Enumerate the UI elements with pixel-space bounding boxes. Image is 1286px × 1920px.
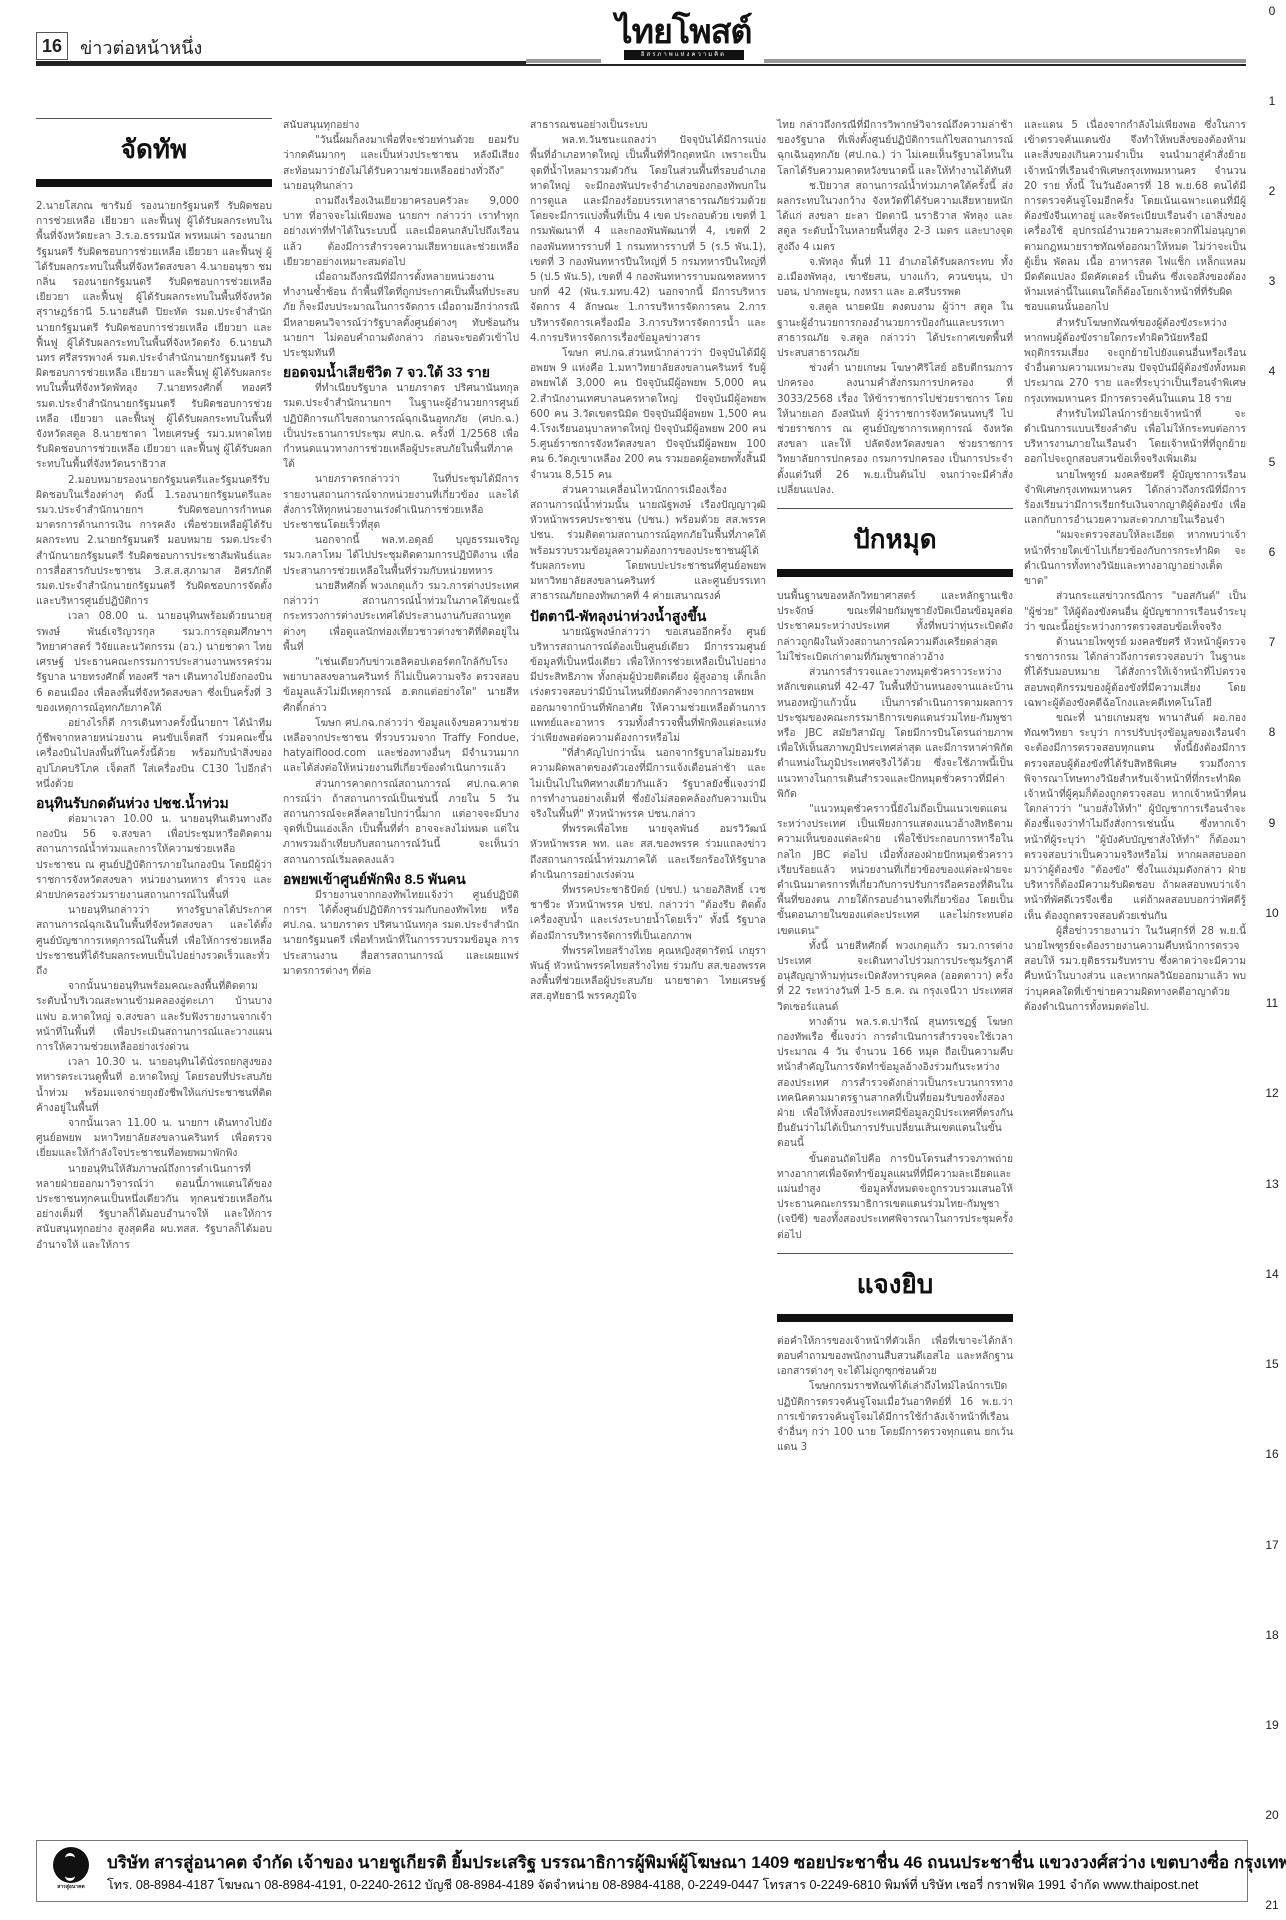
article-paragraph: เวลา 08.00 น. นายอนุทินพร้อมด้วยนายสุรพง… (36, 609, 272, 715)
article-paragraph: ที่พรรคไทยสร้างไทย คุณหญิงสุดารัตน์ เกยุ… (530, 944, 766, 1005)
ruler-mark: 15 (1258, 1357, 1286, 1371)
imprint-owner-address: บริษัท สารสู่อนาคต จำกัด เจ้าของ นายชูเก… (107, 1849, 1286, 1876)
masthead: 16 ข่าวต่อหน้าหนึ่ง ไทยโพสต์ อิสรภาพแห่ง… (36, 28, 1246, 68)
newspaper-logo: ไทยโพสต์ อิสรภาพแห่งความคิด (601, 14, 766, 62)
ruler-mark: 19 (1258, 1718, 1286, 1732)
ruler-mark: 7 (1258, 635, 1286, 649)
ruler-mark: 20 (1258, 1808, 1286, 1822)
article-paragraph: ทั้งนี้ นายสีหศักดิ์ พวงเกตุแก้ว รมว.การ… (777, 939, 1013, 1015)
ruler-mark: 5 (1258, 455, 1286, 469)
article-paragraph: นายอนุทินให้สัมภาษณ์ถึงการดำเนินการที่หล… (36, 1162, 272, 1253)
kicker-pakmud: ปักหมุด (777, 523, 1013, 555)
subheading: อพยพเข้าศูนย์พักพิง 8.5 พันคน (283, 870, 519, 888)
column-5: และแดน 5 เนื่องจากกำลังไม่เพียงพอ ซึ่งใน… (1024, 118, 1246, 1015)
article-paragraph: นายภราดรกล่าวว่า ในที่ประชุมได้มีการรายง… (283, 472, 519, 533)
imprint-contacts: โทร. 08-8984-4187 โฆษณา 08-8984-4191, 0-… (107, 1875, 1198, 1895)
ruler-mark: 13 (1258, 1177, 1286, 1191)
section-title: ข่าวต่อหน้าหนึ่ง (80, 33, 202, 62)
imprint-box: สารสู่อนาคต บริษัท สารสู่อนาคต จำกัด เจ้… (36, 1840, 1248, 1902)
article-paragraph: ไทย กล่าวถึงกรณีที่มีการวิพากษ์วิจารณ์ถึ… (777, 118, 1013, 179)
article-paragraph: จ.พัทลุง พื้นที่ 11 อำเภอได้รับผลกระทบ ท… (777, 255, 1013, 301)
article-paragraph: นอกจากนี้ พล.ท.อดุลย์ บุญธรรมเจริญ รมว.ก… (283, 533, 519, 579)
column-4: ไทย กล่าวถึงกรณีที่มีการวิพากษ์วิจารณ์ถึ… (777, 118, 1013, 1455)
logo-tagline: อิสรภาพแห่งความคิด (624, 50, 744, 60)
article-paragraph: "ผมจะตรวจสอบให้ละเอียด หากพบว่าเจ้าหน้าท… (1024, 528, 1246, 589)
article-paragraph: นายอนุทินกล่าวว่า ทางรัฐบาลได้ประกาศสถาน… (36, 903, 272, 979)
subheading: ปัตตานี-พัทลุงน่าห่วงน้ำสูงขึ้น (530, 607, 766, 625)
ruler-mark: 21 (1258, 1898, 1286, 1912)
article-paragraph: "เช่นเดียวกับข่าวเฮลิคอปเตอร์ตกใกล้กับโร… (283, 655, 519, 716)
article-paragraph: สำหรับไทม์ไลน์การย้ายเจ้าหน้าที่ จะดำเนิ… (1024, 407, 1246, 468)
kicker-box: จัดทัพ (36, 118, 272, 187)
article-paragraph: "วันนี้ผมก็ลงมาเพื่อที่จะช่วยท่านด้วย ยอ… (283, 133, 519, 194)
article-paragraph: สาธารณชนอย่างเป็นระบบ (530, 118, 766, 133)
newspaper-page: 16 ข่าวต่อหน้าหนึ่ง ไทยโพสต์ อิสรภาพแห่ง… (0, 0, 1286, 1920)
article-paragraph: เมื่อถามถึงกรณีที่มีการตั้งหลายหน่วยงานท… (283, 270, 519, 361)
article-paragraph: 2.นายโสภณ ซารัมย์ รองนายกรัฐมนตรี รับผิด… (36, 199, 272, 473)
article-paragraph: 2.มอบหมายรองนายกรัฐมนตรีและรัฐมนตรีรับผิ… (36, 473, 272, 610)
kicker-jaengyib: แจงยิบ (777, 1268, 1013, 1300)
article-paragraph: ส่วนกระแสข่าวกรณีการ "บอสกันต์" เป็น "ผู… (1024, 589, 1246, 635)
article-paragraph: อย่างไรก็ดี การเดินทางครั้งนี้นายกฯ ได้น… (36, 716, 272, 792)
page-number: 16 (36, 32, 68, 60)
article-paragraph: ต่อมาเวลา 10.00 น. นายอนุทินเดินทางถึงกอ… (36, 812, 272, 903)
article-paragraph: โฆษก ศป.กฉ.กล่าวว่า ข้อมูลแจ้งขอความช่วย… (283, 716, 519, 777)
ruler-mark: 0 (1258, 4, 1286, 18)
subheading: ยอดจมน้ำเสียชีวิต 7 จว.ใต้ 33 ราย (283, 363, 519, 381)
kicker-jadtap: จัดทัพ (36, 133, 272, 165)
kicker-bar (777, 1314, 1013, 1322)
article-paragraph: บนพื้นฐานของหลักวิทยาศาสตร์ และหลักฐานเช… (777, 589, 1013, 665)
article-paragraph: ที่ทำเนียบรัฐบาล นายภราดร ปริศนานันทกุล … (283, 381, 519, 472)
article-paragraph: ที่พรรคประชาธิปัตย์ (ปชป.) นายอภิสิทธิ์ … (530, 883, 766, 944)
article-paragraph: ที่พรรคเพื่อไทย นายจุลพันธ์ อมรวิวัฒน์ ห… (530, 822, 766, 883)
article-paragraph: สนับสนุนทุกอย่าง (283, 118, 519, 133)
kicker-box: แจงยิบ (777, 1253, 1013, 1322)
article-paragraph: ด้านนายไพฑูรย์ มงคลชัยศรี หัวหน้าผู้ตรวจ… (1024, 635, 1246, 711)
page-ruler: 0 1 2 3 4 5 6 7 8 9 10 11 12 13 14 15 16… (1258, 0, 1286, 1920)
article-paragraph: ผู้สื่อข่าวรายงานว่า ในวันศุกร์ที่ 28 พ.… (1024, 924, 1246, 1015)
ruler-mark: 9 (1258, 816, 1286, 830)
publisher-emblem-icon (53, 1847, 89, 1883)
article-paragraph: ทางด้าน พล.ร.ต.ปารีณ์ สุนทรเชฏฐ์ โฆษกกอง… (777, 1015, 1013, 1152)
article-paragraph: พล.ท.วันชนะแถลงว่า ปัจจุบันได้มีการแบ่งพ… (530, 133, 766, 346)
subheading: อนุทินรับกดดันห่วง ปชช.น้ำท่วม (36, 794, 272, 812)
article-paragraph: นายณัฐพงษ์กล่าวว่า ขอเสนออีกครั้ง ศูนย์บ… (530, 625, 766, 747)
article-paragraph: โฆษก ศป.กฉ.ส่วนหน้ากล่าวว่า ปัจจุบันได้ม… (530, 346, 766, 483)
ruler-mark: 17 (1258, 1538, 1286, 1552)
article-paragraph: นายไพฑูรย์ มงคลชัยศรี ผู้บัญชาการเรือนจำ… (1024, 468, 1246, 529)
article-paragraph: ช.ปิยวาส สถานการณ์น้ำท่วมภาคใต้ครั้งนี้ … (777, 179, 1013, 255)
article-paragraph: "แนวหมุดชั่วคราวนี้ยังไม่ถือเป็นแนวเขตแด… (777, 802, 1013, 939)
ruler-mark: 4 (1258, 364, 1286, 378)
ruler-mark: 10 (1258, 906, 1286, 920)
article-paragraph: จ.สตูล นายดนัย ตงดบงาม ผู้ว่าฯ สตูล ในฐา… (777, 300, 1013, 361)
article-paragraph: เวลา 10.30 น. นายอนุทินได้นั่งรถยกสูงของ… (36, 1055, 272, 1116)
kicker-bar (777, 569, 1013, 577)
article-paragraph: ขณะที่ นายเกษมสุข พานาสันต์ ผอ.กองทัณฑวิ… (1024, 711, 1246, 924)
article-paragraph: ส่วนการสำรวจและวางหมุดชั่วคราวระหว่างหลั… (777, 665, 1013, 802)
ruler-mark: 12 (1258, 1086, 1286, 1100)
ruler-mark: 8 (1258, 725, 1286, 739)
masthead-rule-bottom (36, 64, 1246, 66)
masthead-rule-grey (764, 59, 1246, 63)
article-paragraph: โฆษกกรมราชทัณฑ์ได้เล่าถึงไทม์ไลน์การเปิด… (777, 1379, 1013, 1455)
article-paragraph: ส่วนการคาดการณ์สถานการณ์ ศป.กฉ.คาดการณ์ว… (283, 777, 519, 868)
ruler-mark: 2 (1258, 184, 1286, 198)
ruler-mark: 1 (1258, 94, 1286, 108)
kicker-bar (36, 179, 272, 187)
ruler-mark: 16 (1258, 1447, 1286, 1461)
masthead-rule-grey (526, 59, 601, 63)
article-paragraph: ถามถึงเรื่องเงินเยียวยาครอบครัวละ 9,000 … (283, 194, 519, 270)
column-3: สาธารณชนอย่างเป็นระบบ พล.ท.วันชนะแถลงว่า… (530, 118, 766, 1005)
article-paragraph: และแดน 5 เนื่องจากกำลังไม่เพียงพอ ซึ่งใน… (1024, 118, 1246, 316)
column-2: สนับสนุนทุกอย่าง "วันนี้ผมก็ลงมาเพื่อที่… (283, 118, 519, 979)
kicker-box: ปักหมุด (777, 508, 1013, 577)
publisher-logo: สารสู่อนาคต (49, 1847, 93, 1895)
article-paragraph: "ที่สำคัญไปกว่านั้น นอกจากรัฐบาลไม่ยอมรั… (530, 746, 766, 822)
article-paragraph: ขั้นตอนถัดไปคือ การบินโดรนสำรวจภาพถ่ายทา… (777, 1152, 1013, 1243)
article-paragraph: ส่วนความเคลื่อนไหวนักการเมืองเรื่องสถานก… (530, 483, 766, 605)
article-paragraph: มีรายงานจากกองทัพไทยแจ้งว่า ศูนย์ปฏิบัติ… (283, 888, 519, 979)
article-paragraph: สำหรับโฆษกทัณฑ์ของผู้ต้องขังระหว่าง หากพ… (1024, 316, 1246, 407)
publisher-logo-caption: สารสู่อนาคต (49, 1883, 93, 1891)
article-paragraph: จากนั้นนายอนุทินพร้อมคณะลงพื้นที่ติดตามร… (36, 979, 272, 1055)
ruler-mark: 18 (1258, 1628, 1286, 1642)
logo-wordmark: ไทยโพสต์ (601, 14, 766, 50)
article-paragraph: ต่อคำให้การของเจ้าหน้าที่ตัวเล็ก เพื่อที… (777, 1334, 1013, 1380)
ruler-mark: 6 (1258, 545, 1286, 559)
article-paragraph: จากนั้นเวลา 11.00 น. นายกฯ เดินทางไปยังศ… (36, 1116, 272, 1162)
ruler-mark: 11 (1258, 996, 1286, 1010)
article-paragraph: นายสีหศักดิ์ พวงเกตุแก้ว รมว.การต่างประเ… (283, 579, 519, 655)
column-1: จัดทัพ 2.นายโสภณ ซารัมย์ รองนายกรัฐมนตรี… (36, 118, 272, 1253)
article-paragraph: ช่วงค่ำ นายเกษม โฆษาศิริไสย์ อธิบดีกรมกา… (777, 361, 1013, 498)
ruler-mark: 3 (1258, 274, 1286, 288)
ruler-mark: 14 (1258, 1267, 1286, 1281)
